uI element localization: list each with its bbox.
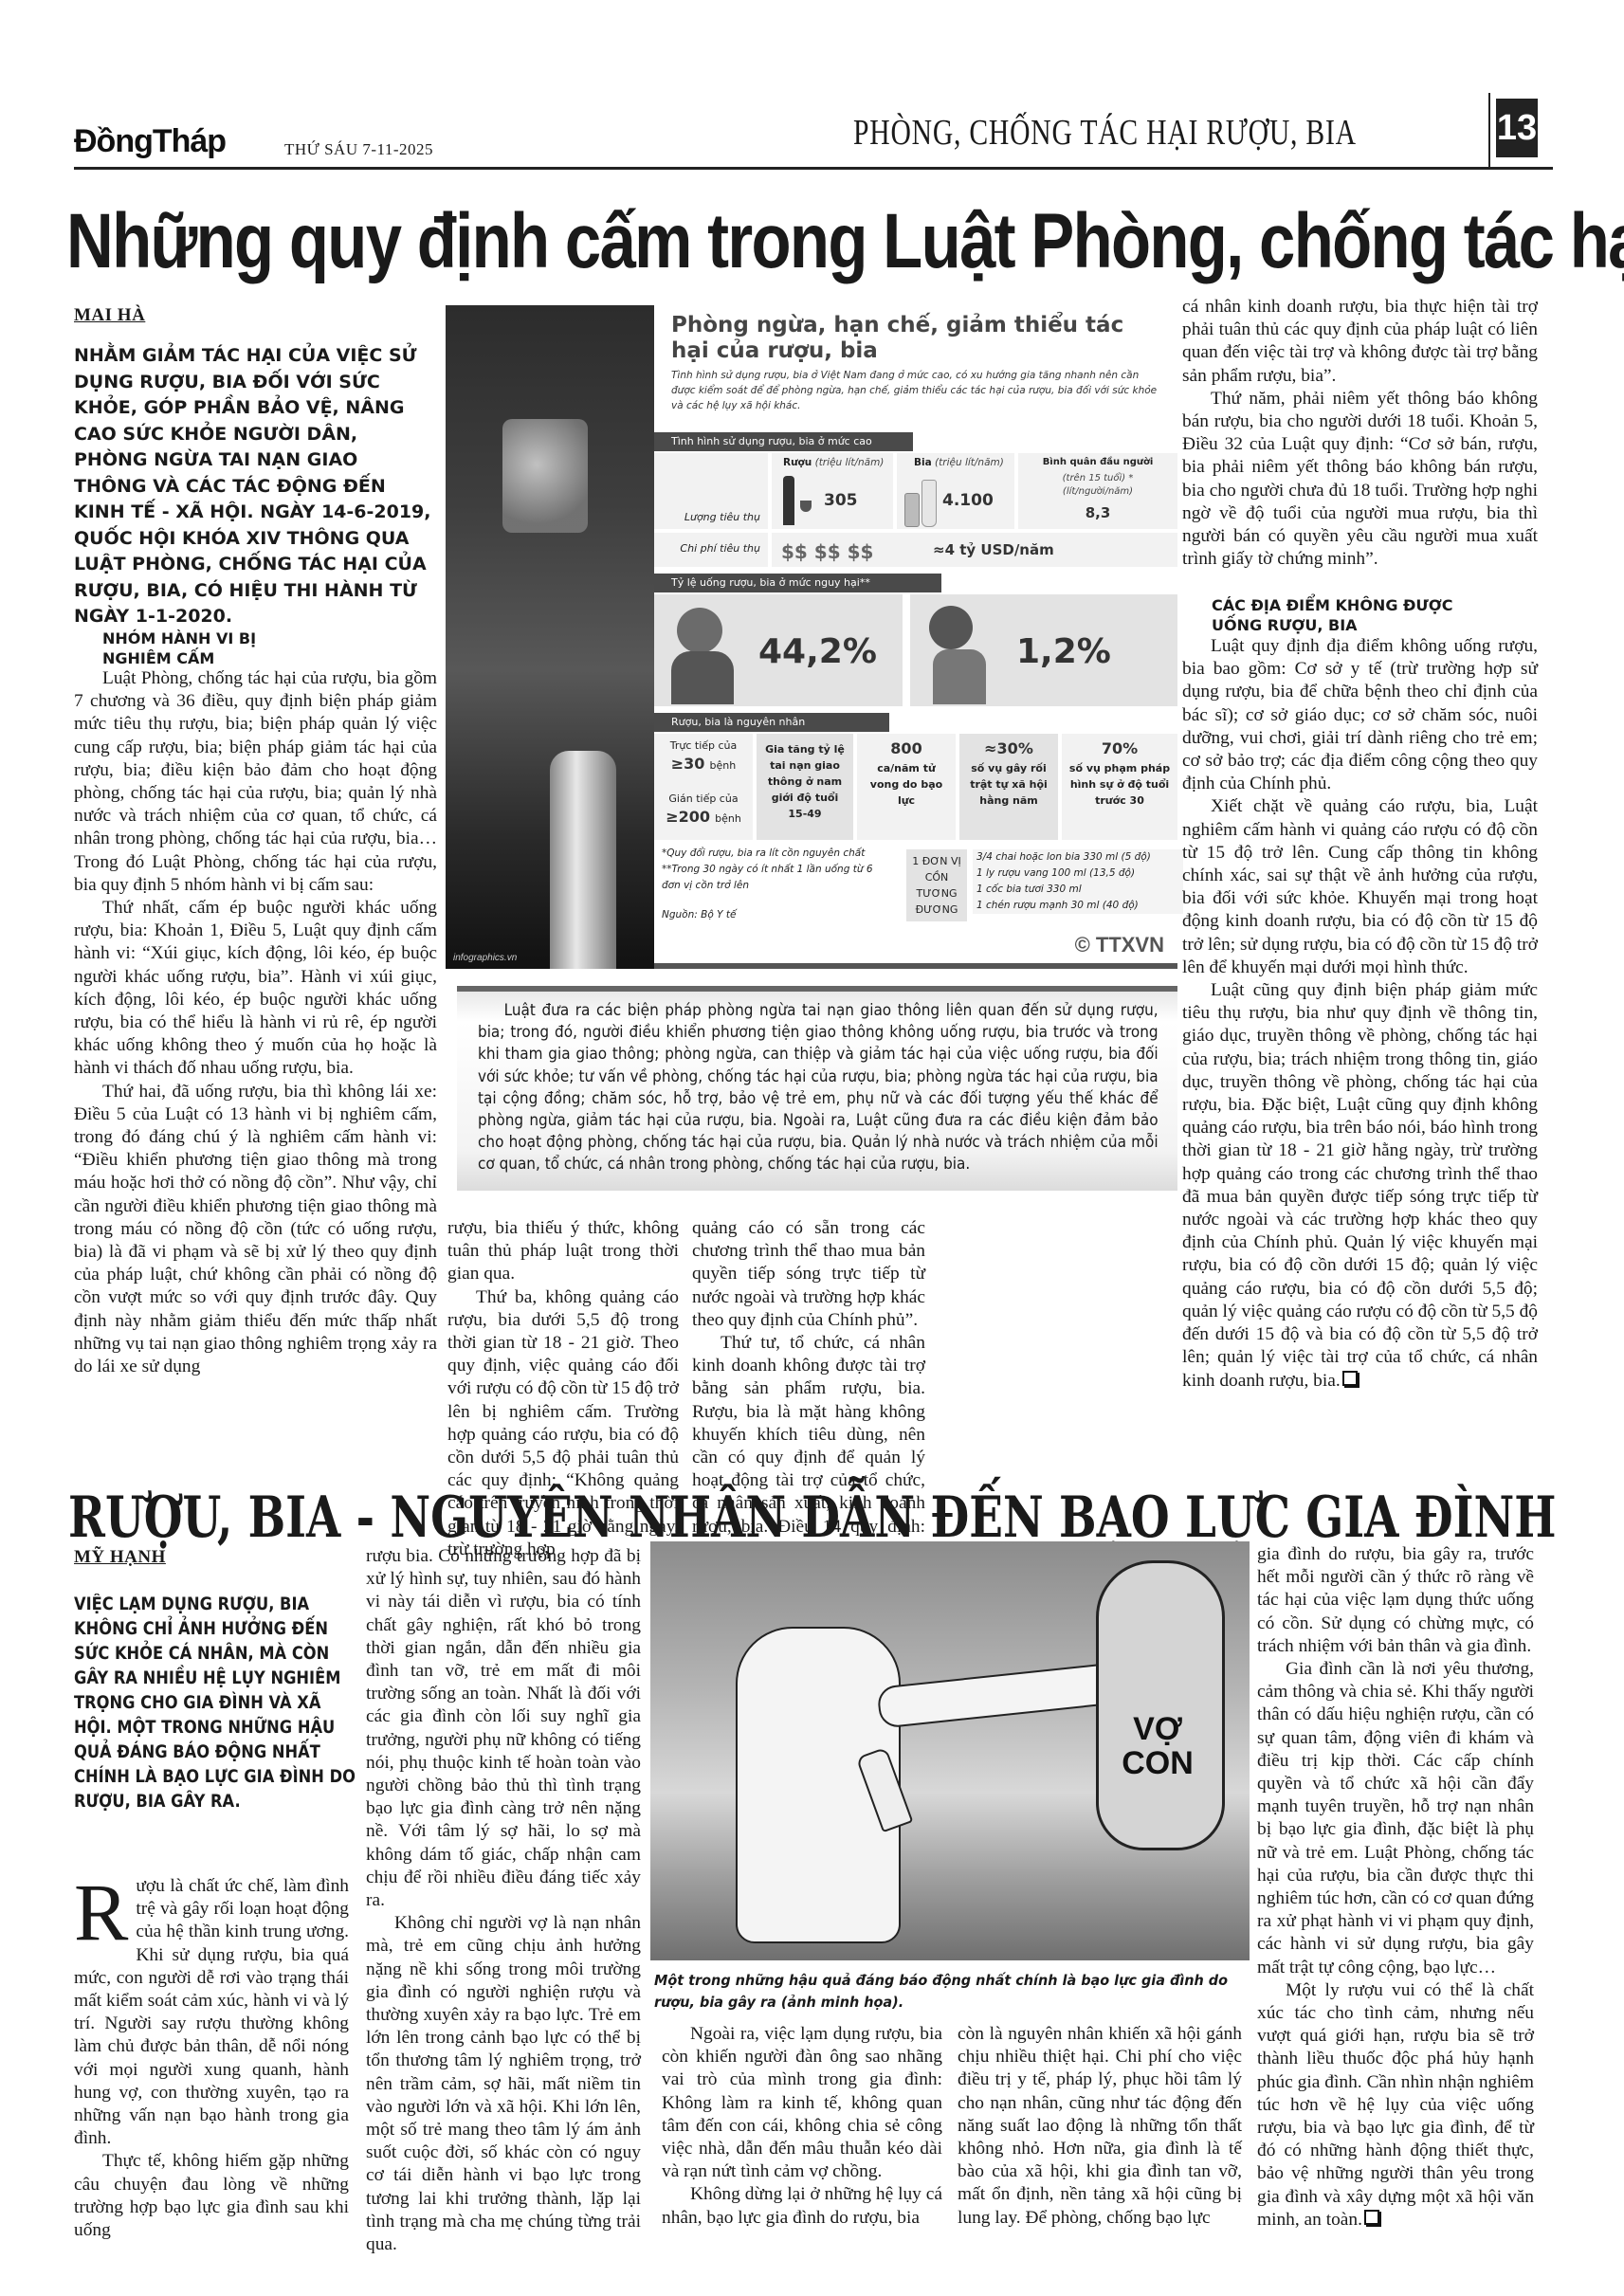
unit-label: 1 ĐƠN VỊ CỒN TƯƠNG ĐƯƠNG — [906, 849, 967, 921]
beer-value: 4.100 — [942, 491, 994, 510]
beer-cell: Bia (triệu lít/năm) 4.100 — [897, 453, 1014, 529]
unit-equivalents: 3/4 chai hoặc lon bia 330 ml (5 độ) 1 ly… — [973, 849, 1183, 914]
per-capita-unit: (trên 15 tuổi) * (lít/người/năm) — [1039, 472, 1157, 499]
stat-value: 70% — [1062, 739, 1177, 757]
divider — [1488, 93, 1490, 167]
male-drinker-icon — [677, 608, 722, 653]
infographic-description: Tình hình sử dụng rượu, bia ở Việt Nam đ… — [671, 368, 1164, 413]
highlight-text: Luật đưa ra các biện pháp phòng ngừa tai… — [478, 999, 1159, 1175]
paragraph: còn là nguyên nhân khiến xã hội gánh chị… — [958, 2023, 1242, 2230]
punching-arm — [876, 1661, 1129, 1728]
beer-can-icon — [904, 493, 920, 527]
male-rate-cell: 44,2% — [654, 594, 903, 706]
infographic-title: Phòng ngừa, hạn chế, giảm thiểu tác hại … — [671, 313, 1164, 364]
per-capita-cell: Bình quân đầu người (trên 15 tuổi) * (lí… — [1018, 453, 1177, 529]
article2-sapo: VIỆC LẠM DỤNG RƯỢU, BIA KHÔNG CHỈ ẢNH HƯ… — [74, 1593, 357, 1814]
article1-subhead-banned-behaviors: NHÓM HÀNH VI BỊ NGHIÊM CẤM — [102, 629, 292, 668]
cost-cell: $$ $$ $$ ≈4 tỷ USD/năm — [772, 533, 1177, 567]
article2-headline: RƯỢU, BIA - NGUYÊN NHÂN DẪN ĐẾN BẠO LỰC … — [68, 1486, 1556, 1549]
section-title: PHÒNG, CHỐNG TÁC HẠI RƯỢU, BIA — [853, 112, 1357, 154]
paragraph: quảng cáo có sẵn trong các chương trình … — [692, 1217, 925, 1332]
beer-unit: (triệu lít/năm) — [935, 457, 1004, 468]
alcohol-photo: infographics.vn — [446, 305, 654, 969]
direct-label: Trực tiếp của — [654, 739, 753, 752]
paragraph: Thứ nhất, cấm ép buộc người khác uống rư… — [74, 897, 437, 1081]
stat-text: số vụ phạm pháp hình sự ở độ tuổi trước … — [1066, 760, 1174, 809]
highlight-box: Luật đưa ra các biện pháp phòng ngừa tai… — [457, 986, 1177, 1191]
wine-label: Rượu — [783, 457, 812, 468]
article1-column-1: Luật Phòng, chống tác hại của rượu, bia … — [74, 667, 437, 1378]
wine-unit: (triệu lít/năm) — [815, 457, 885, 468]
cost-value: ≈4 tỷ USD/năm — [933, 541, 1054, 558]
article1-byline: MAI HÀ — [74, 305, 145, 326]
glass-illustration — [502, 419, 588, 533]
footnotes: *Quy đổi rượu, bia ra lít cồn nguyên chấ… — [662, 846, 889, 923]
article1-column-4a: cá nhân kinh doanh rượu, bia thực hiện t… — [1182, 296, 1538, 571]
wine-bottle-icon — [783, 476, 794, 525]
paragraph: Luật Phòng, chống tác hại của rượu, bia … — [74, 667, 437, 897]
article2-column-2: rượu bia. Có những trường hợp đã bị xử l… — [366, 1545, 641, 2256]
stat-text: ca/năm tử vong do bạo lực — [865, 760, 948, 809]
paragraph: Xiết chặt về quảng cáo rượu, bia, Luật n… — [1182, 795, 1538, 979]
punching-bag — [1096, 1560, 1225, 1850]
paragraph: Thực tế, không hiếm gặp những câu chuyện… — [74, 2150, 349, 2242]
paragraph: Một ly rượu vui có thể là chất xúc tác c… — [1257, 1979, 1534, 2232]
paragraph: Không dừng lại ở những hệ lụy cá nhân, b… — [662, 2183, 942, 2229]
agency-logo: © TTXVN — [1075, 933, 1164, 957]
unit-item: 1 ly rượu vang 100 ml (13,5 độ) — [976, 866, 1179, 882]
section-bar-consumption: Tình hình sử dụng rượu, bia ở mức cao — [654, 432, 913, 451]
per-capita-value: 8,3 — [1022, 504, 1174, 521]
indirect-value: ≥200 — [666, 808, 710, 826]
stat-text: số vụ gây rối trật tự xã hội hằng năm — [965, 760, 1052, 809]
article2-column-3: Ngoài ra, việc lạm dụng rượu, bia còn kh… — [662, 2023, 942, 2230]
direct-value: ≥30 — [671, 755, 705, 773]
paragraph: Luật quy định địa điểm không uống rượu, … — [1182, 635, 1538, 795]
stat-text: Gia tăng tỷ lệ tai nạn giao thông ở nam … — [760, 741, 849, 822]
paragraph: Thứ hai, đã uống rượu, bia thì không lái… — [74, 1081, 437, 1379]
unit-item: 1 cốc bia tươi 330 ml — [976, 882, 1179, 898]
article1-column-4b: Luật quy định địa điểm không uống rượu, … — [1182, 635, 1538, 1393]
domestic-violence-illustration: VỢ CON — [650, 1541, 1250, 1960]
cost-label: Chi phí tiêu thụ — [680, 542, 760, 555]
direct-unit: bệnh — [710, 759, 737, 772]
stat-cell-public-disorder: ≈30% số vụ gây rối trật tự xã hội hằng n… — [959, 734, 1058, 840]
stat-value: ≈30% — [959, 739, 1058, 757]
indirect-unit: bệnh — [715, 812, 741, 825]
beer-label: Bia — [914, 457, 932, 468]
per-capita-label: Bình quân đầu người — [1022, 457, 1174, 467]
infographic-bottom-rule — [654, 963, 1177, 969]
infographic: Phòng ngừa, hạn chế, giảm thiểu tác hại … — [654, 305, 1177, 969]
money-icon: $$ $$ $$ — [781, 540, 873, 563]
stat-value: 800 — [857, 739, 956, 757]
wine-cell: Rượu (triệu lít/năm) 305 — [772, 453, 893, 529]
paragraph: Ngoài ra, việc lạm dụng rượu, bia còn kh… — [662, 2023, 942, 2183]
stat-cell-violence-deaths: 800 ca/năm tử vong do bạo lực — [857, 734, 956, 840]
consumption-label: Lượng tiêu thụ — [684, 511, 760, 523]
unit-item: 1 chén rượu mạnh 30 ml (40 độ) — [976, 898, 1179, 914]
wine-glass-icon — [800, 501, 812, 512]
article2-column-1: Rượu là chất ức chế, làm đình trệ và gây… — [74, 1875, 349, 2242]
cost-label-cell: Chi phí tiêu thụ — [654, 533, 768, 567]
bottle-illustration — [550, 751, 616, 969]
punching-bag-label: VỢ CON — [1120, 1712, 1195, 1780]
footnote: **Trong 30 ngày có ít nhất 1 lần uống từ… — [662, 862, 889, 894]
article1-headline: Những quy định cấm trong Luật Phòng, chố… — [66, 199, 1324, 284]
wine-value: 305 — [824, 491, 858, 510]
section-bar-harmful-rate: Tỷ lệ uống rượu, bia ở mức nguy hại** — [654, 574, 941, 592]
paragraph-text: Luật cũng quy định biện pháp giảm mức ti… — [1182, 980, 1538, 1390]
paragraph: cá nhân kinh doanh rượu, bia thực hiện t… — [1182, 296, 1538, 388]
section-bar-cause: Rượu, bia là nguyên nhân — [654, 713, 889, 732]
paragraph-text: Một ly rượu vui có thể là chất xúc tác c… — [1257, 1980, 1534, 2230]
paragraph: rượu bia. Có những trường hợp đã bị xử l… — [366, 1545, 641, 1912]
stat-cell-criminal-cases: 70% số vụ phạm pháp hình sự ở độ tuổi tr… — [1062, 734, 1177, 840]
paragraph: gia đình do rượu, bia gây ra, trước hết … — [1257, 1543, 1534, 1658]
indirect-label: Gián tiếp của — [654, 793, 753, 805]
paragraph: rượu, bia thiếu ý thức, không tuân thủ p… — [447, 1217, 679, 1286]
article1-sapo: NHẰM GIẢM TÁC HẠI CỦA VIỆC SỬ DỤNG RƯỢU,… — [74, 343, 434, 630]
stat-cell-traffic: Gia tăng tỷ lệ tai nạn giao thông ở nam … — [757, 734, 853, 840]
article2-column-5: gia đình do rượu, bia gây ra, trước hết … — [1257, 1543, 1534, 2232]
article2-column-4: còn là nguyên nhân khiến xã hội gánh chị… — [958, 2023, 1242, 2230]
paragraph: Luật cũng quy định biện pháp giảm mức ti… — [1182, 979, 1538, 1393]
end-mark-icon — [1342, 1371, 1358, 1386]
page-number: 13 — [1496, 99, 1538, 157]
female-drinker-icon — [929, 606, 973, 649]
paragraph: Không chỉ người vợ là nạn nhân mà, trẻ e… — [366, 1912, 641, 2256]
female-rate-cell: 1,2% — [910, 594, 1177, 706]
article2-byline: MỸ HẠNH — [74, 1547, 166, 1568]
beer-glass-icon — [921, 480, 937, 527]
female-body-icon — [933, 649, 986, 704]
end-mark-icon — [1364, 2210, 1379, 2225]
image-caption: Một trong những hậu quả đáng báo động nh… — [654, 1970, 1253, 2014]
male-body-icon — [671, 651, 734, 704]
female-rate-value: 1,2% — [1016, 632, 1111, 671]
paragraph: Gia đình cần là nơi yêu thương, cảm thôn… — [1257, 1658, 1534, 1979]
article1-subhead-no-drinking-places: CÁC ĐỊA ĐIỂM KHÔNG ĐƯỢC UỐNG RƯỢU, BIA — [1212, 595, 1496, 635]
drop-cap: R — [74, 1879, 128, 1945]
photo-credit: infographics.vn — [453, 953, 517, 963]
row-label-cell: Lượng tiêu thụ — [654, 453, 768, 529]
unit-item: 3/4 chai hoặc lon bia 330 ml (5 độ) — [976, 849, 1179, 866]
issue-date: THỨ SÁU 7-11-2025 — [284, 140, 433, 159]
newspaper-logo: ĐồngTháp — [74, 123, 226, 160]
source: Nguồn: Bộ Y tế — [662, 907, 889, 923]
disease-cell: Trực tiếp của ≥30 bệnh Gián tiếp của ≥20… — [654, 734, 753, 840]
footnote: *Quy đổi rượu, bia ra lít cồn nguyên chấ… — [662, 846, 889, 862]
paragraph: Thứ năm, phải niêm yết thông báo không b… — [1182, 388, 1538, 572]
male-rate-value: 44,2% — [758, 632, 877, 671]
